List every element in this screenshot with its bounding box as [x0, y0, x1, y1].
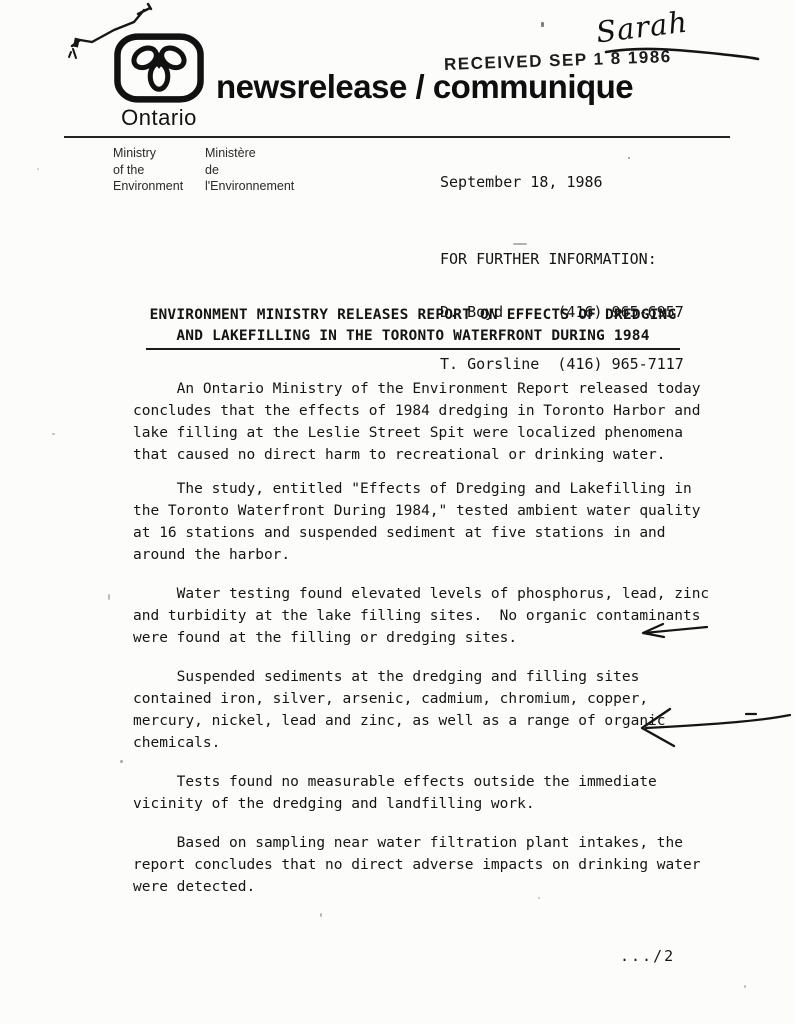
ontario-wordmark: Ontario — [112, 105, 206, 131]
paragraph: Based on sampling near water filtration … — [133, 832, 709, 898]
headline-line1: ENVIRONMENT MINISTRY RELEASES REPORT ON … — [133, 305, 693, 326]
paragraph: The study, entitled "Effects of Dredging… — [133, 478, 709, 566]
ministry-en-line: Environment — [113, 178, 183, 195]
page-continuation: .../2 — [620, 947, 675, 965]
scan-speck — [628, 157, 630, 159]
contact-name: T. Gorsline — [440, 356, 557, 374]
scan-speck — [744, 985, 746, 988]
ministry-fr-line: de — [205, 162, 294, 179]
headline: ENVIRONMENT MINISTRY RELEASES REPORT ON … — [133, 305, 693, 350]
contact-row: T. Gorsline(416) 965-7117 — [440, 356, 684, 374]
handwritten-underline — [602, 44, 762, 64]
ministry-name-french: Ministère de l'Environnement — [205, 145, 294, 195]
scan-speck — [541, 22, 544, 27]
scan-speck — [37, 168, 39, 170]
body-text: An Ontario Ministry of the Environment R… — [133, 378, 709, 915]
contact-phone: (416) 965-7117 — [557, 355, 683, 373]
release-date: September 18, 1986 — [440, 173, 603, 191]
news-release-page: Ontario newsrelease / communique RECEIVE… — [0, 0, 794, 1024]
paragraph: Tests found no measurable effects outsid… — [133, 771, 709, 815]
ministry-en-line: of the — [113, 162, 183, 179]
ministry-fr-line: Ministère — [205, 145, 294, 162]
header-divider — [64, 136, 730, 138]
ontario-logo: Ontario — [112, 32, 206, 131]
ministry-en-line: Ministry — [113, 145, 183, 162]
headline-line2: AND LAKEFILLING IN THE TORONTO WATERFRON… — [146, 326, 679, 350]
scan-speck — [52, 433, 55, 435]
ministry-fr-line: l'Environnement — [205, 178, 294, 195]
handwritten-arrow-icon — [630, 617, 710, 643]
handwritten-name: Sarah — [594, 5, 689, 50]
paragraph: Suspended sediments at the dredging and … — [133, 666, 709, 754]
scan-speck — [513, 243, 527, 245]
scan-speck — [108, 594, 110, 600]
masthead-title: newsrelease / communique — [216, 68, 633, 106]
paragraph: An Ontario Ministry of the Environment R… — [133, 378, 709, 466]
trillium-icon — [112, 32, 206, 104]
contact-heading: FOR FURTHER INFORMATION: — [440, 251, 684, 269]
handwritten-arrow-icon — [628, 702, 794, 750]
scan-speck — [120, 760, 123, 763]
ministry-name-english: Ministry of the Environment — [113, 145, 183, 195]
paragraph: Water testing found elevated levels of p… — [133, 583, 709, 649]
scan-speck — [538, 897, 540, 899]
scan-speck — [320, 913, 322, 917]
